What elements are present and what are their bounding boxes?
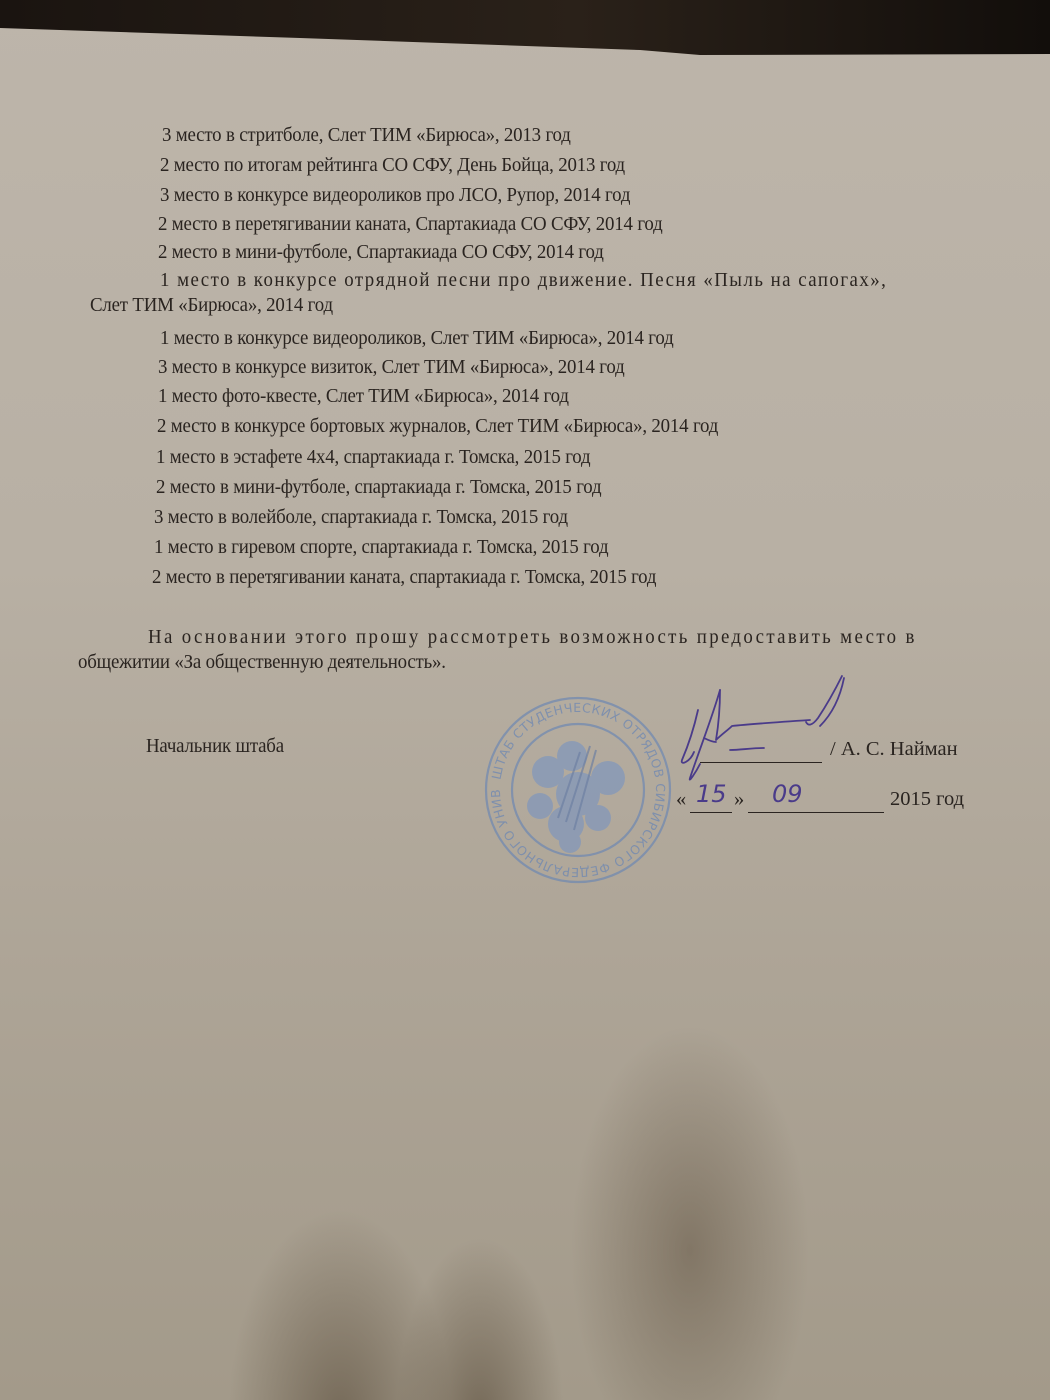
date-open-quote: « <box>676 788 686 811</box>
date-day-handwritten: 15 <box>696 780 727 808</box>
achievement-item: 1 место в гиревом спорте, спартакиада г.… <box>154 536 608 559</box>
date-close-quote: » <box>734 788 744 811</box>
request-line-1: На основании этого прошу рассмотреть воз… <box>148 626 917 649</box>
request-line-2: общежитии «За общественную деятельность»… <box>78 651 446 674</box>
position-title: Начальник штаба <box>146 735 284 758</box>
achievement-item: 2 место в конкурсе бортовых журналов, Сл… <box>157 415 718 438</box>
date-day-line <box>690 812 732 813</box>
achievement-item: 1 место фото-квесте, Слет ТИМ «Бирюса», … <box>158 385 569 408</box>
signatory-name: / А. С. Найман <box>830 738 958 761</box>
achievement-item: 2 место в перетягивании каната, спартаки… <box>152 566 656 589</box>
achievement-item: 1 место в эстафете 4х4, спартакиада г. Т… <box>156 446 590 469</box>
achievement-item: 3 место в волейболе, спартакиада г. Томс… <box>154 506 568 529</box>
achievement-item: 3 место в конкурсе визиток, Слет ТИМ «Би… <box>158 356 624 379</box>
achievement-item: 1 место в конкурсе отрядной песни про дв… <box>160 269 887 292</box>
date-month-line <box>748 812 884 813</box>
achievement-item: 2 место по итогам рейтинга СО СФУ, День … <box>160 154 625 177</box>
organization-stamp-icon: ШТАБ СТУДЕНЧЕСКИХ ОТРЯДОВ СИБИРСКОГО ФЕД… <box>478 690 678 890</box>
achievement-item: 3 место в стритболе, Слет ТИМ «Бирюса», … <box>162 124 571 147</box>
handwritten-signature-icon <box>660 668 860 788</box>
signature-line <box>700 762 822 763</box>
achievement-item: 1 место в конкурсе видеороликов, Слет ТИ… <box>160 327 674 350</box>
achievement-item: 2 место в мини-футболе, спартакиада г. Т… <box>156 476 601 499</box>
date-year: 2015 год <box>890 788 964 811</box>
achievement-item: 2 место в перетягивании каната, Спартаки… <box>158 213 663 236</box>
achievement-item: 2 место в мини-футболе, Спартакиада СО С… <box>158 241 604 264</box>
document-page: 3 место в стритболе, Слет ТИМ «Бирюса», … <box>0 0 1050 1400</box>
achievement-item: 3 место в конкурсе видеороликов про ЛСО,… <box>160 184 630 207</box>
achievement-item-continuation: Слет ТИМ «Бирюса», 2014 год <box>90 294 333 317</box>
date-month-handwritten: 09 <box>772 780 803 808</box>
